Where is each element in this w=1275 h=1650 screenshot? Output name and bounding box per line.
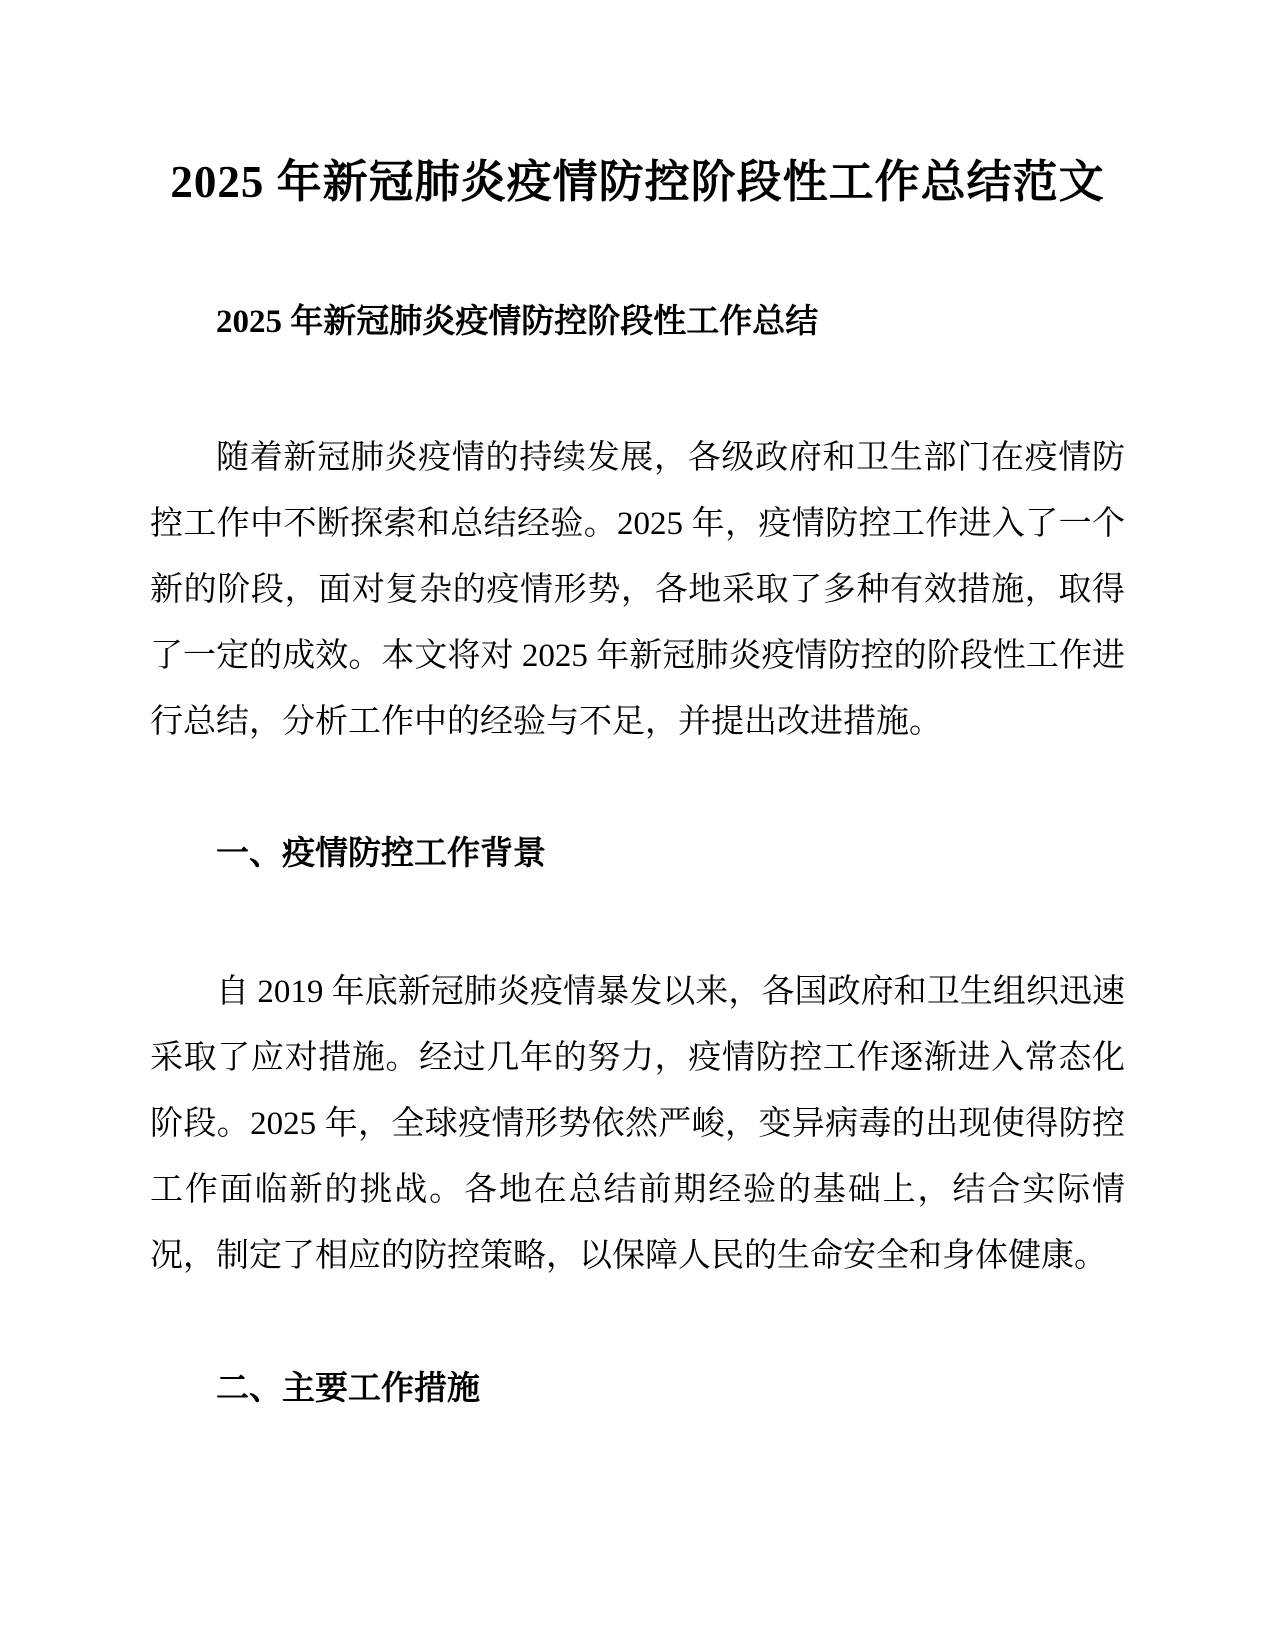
- section-heading-background: 一、疫情防控工作背景: [150, 821, 1125, 887]
- paragraph-background: 自 2019 年底新冠肺炎疫情暴发以来，各国政府和卫生组织迅速采取了应对措施。经…: [150, 959, 1125, 1289]
- paragraph-intro: 随着新冠肺炎疫情的持续发展，各级政府和卫生部门在疫情防控工作中不断探索和总结经验…: [150, 425, 1125, 755]
- document-title: 2025 年新冠肺炎疫情防控阶段性工作总结范文: [150, 147, 1125, 217]
- document-page: 2025 年新冠肺炎疫情防控阶段性工作总结范文 2025 年新冠肺炎疫情防控阶段…: [0, 0, 1275, 1650]
- document-subtitle: 2025 年新冠肺炎疫情防控阶段性工作总结: [150, 289, 1125, 355]
- section-heading-measures: 二、主要工作措施: [150, 1356, 1125, 1422]
